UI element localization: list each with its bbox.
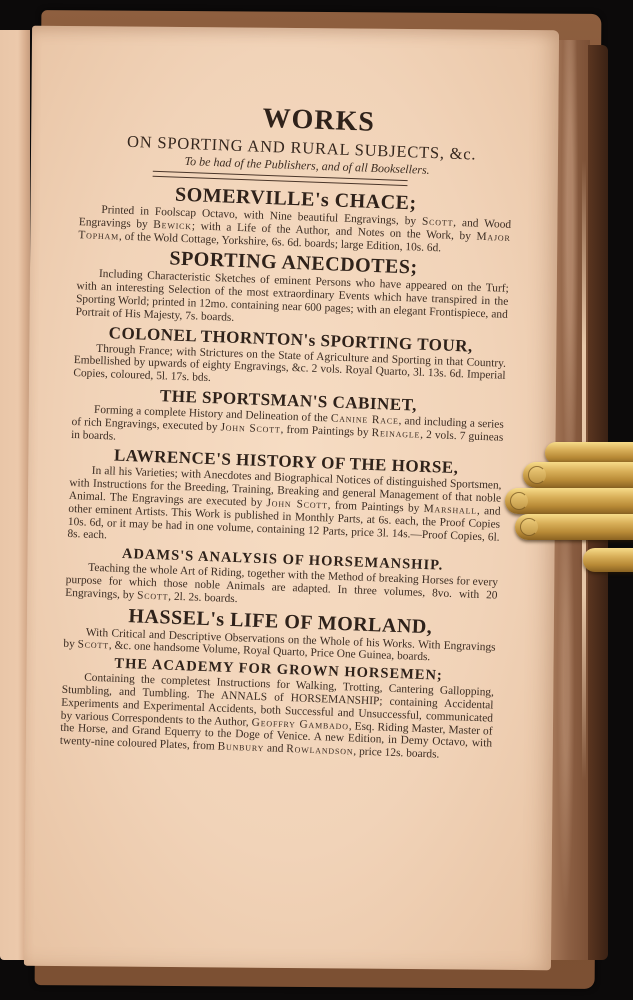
fingernail (528, 466, 546, 484)
small-caps-name: Scott (422, 216, 454, 229)
clasp-finger (505, 488, 633, 514)
fingernail (520, 518, 538, 536)
small-caps-name: Bunbury (217, 741, 264, 755)
entry-description: In all his Varieties; with Anecdotes and… (67, 464, 502, 557)
book-entry-list: SOMERVILLE's CHACE; Printed in Foolscap … (60, 180, 513, 763)
small-caps-name: John Scott (220, 421, 280, 435)
book-entry: LAWRENCE'S HISTORY OF THE HORSE, In all … (67, 444, 502, 557)
small-caps-name: John Scott (266, 497, 328, 511)
small-caps-name: Scott (137, 589, 169, 602)
clasp-finger (515, 514, 633, 540)
book-entry: THE ACADEMY FOR GROWN HORSEMEN; Containi… (60, 654, 495, 764)
small-caps-name: Bewick (153, 219, 192, 232)
clasp-finger (523, 462, 633, 488)
small-caps-name: Marshall (423, 503, 477, 517)
small-caps-name: Reinagle (371, 427, 420, 441)
book-entry: SOMERVILLE's CHACE; Printed in Foolscap … (78, 180, 512, 257)
clasp-finger (545, 442, 633, 464)
fingernail (510, 492, 528, 510)
clasp-thumb (583, 548, 633, 572)
small-caps-name: Geoffry Gambado (251, 716, 349, 732)
brass-hand-clasp-icon (505, 440, 633, 580)
small-caps-name: Scott (77, 639, 109, 652)
small-caps-name: Canine Race (331, 412, 399, 426)
printed-page: WORKS ON SPORTING AND RURAL SUBJECTS, &c… (24, 26, 559, 971)
advertisement-text: WORKS ON SPORTING AND RURAL SUBJECTS, &c… (60, 96, 516, 766)
entry-description: Containing the completest Instructions f… (60, 671, 495, 764)
book-entry: SPORTING ANECDOTES; Including Characteri… (75, 244, 509, 334)
small-caps-name: Rowlandson (286, 743, 354, 757)
book-photo: WORKS ON SPORTING AND RURAL SUBJECTS, &c… (0, 0, 633, 1000)
small-caps-name: Major Topham (78, 229, 511, 244)
